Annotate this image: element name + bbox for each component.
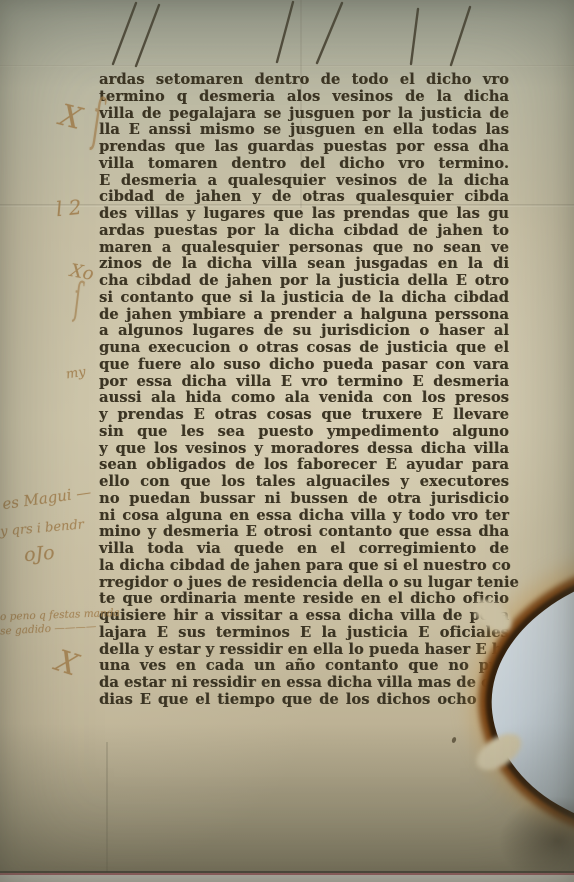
margin-note: my (65, 365, 87, 383)
text-line: que fuere alo suso dicho pueda pasar con… (99, 357, 509, 374)
text-line: guna execucion o otras cosas de justicia… (99, 340, 509, 357)
text-line: a algunos lugares de su jurisdicion o ha… (99, 323, 509, 340)
text-line: no puedan bussar ni bussen de otra juris… (99, 491, 509, 508)
margin-cursive-note: se gadido ———— (0, 620, 97, 637)
text-line: rregidor o jues de residencia della o su… (99, 575, 509, 592)
text-line: quisiere hir a vissitar a essa dicha vil… (99, 608, 509, 625)
text-line: termino q desmeria alos vesinos de la di… (99, 89, 509, 106)
text-line: aussi ala hida como ala venida con los p… (99, 390, 509, 407)
text-line: della y estar y ressidir en ella lo pued… (99, 642, 509, 659)
text-line: sin que les sea puesto ympedimento algun… (99, 424, 509, 441)
text-line: ardas puestas por la dicha cibdad de jah… (99, 223, 509, 240)
text-line: sean obligados de los faborecer E ayudar… (99, 457, 509, 474)
text-line: y que los vesinos y moradores dessa dich… (99, 441, 509, 458)
text-line: la dicha cibdad de jahen para que si el … (99, 558, 509, 575)
margin-x-mark: X (56, 98, 85, 137)
burn-edge-irregularity (470, 726, 527, 777)
text-line: prendas que las guardas puestas por essa… (99, 139, 509, 156)
text-line: ardas setomaren dentro de todo el dicho … (99, 72, 509, 89)
text-line: cha cibdad de jahen por la justicia dell… (99, 273, 509, 290)
text-line: te que ordinaria mente reside en el dich… (99, 591, 509, 608)
text-line: mino y desmeria E otrosi contanto que es… (99, 524, 509, 541)
photo-white-border (0, 875, 574, 882)
text-line: maren a qualesquier personas que no sean… (99, 240, 509, 257)
text-line: des villas y lugares que las prendas que… (99, 206, 509, 223)
vertical-fold-crease (106, 742, 108, 872)
text-line: dias E que el tiempo que de los dichos o… (99, 692, 509, 709)
text-line: lajara E sus terminos E la justicia E of… (99, 625, 509, 642)
text-line: villa toda via quede en el corregimiento… (99, 541, 509, 558)
text-line: cibdad de jahen y de otras qualesquier c… (99, 189, 509, 206)
text-line: villa tomaren dentro del dicho vro termi… (99, 156, 509, 173)
text-line: lla E anssi mismo se jusguen en ella tod… (99, 122, 509, 139)
margin-ojo-note: oJo (23, 542, 55, 567)
text-line: si contanto que si la justicia de la dic… (99, 290, 509, 307)
text-line: zinos de la dicha villa sean jusgadas en… (99, 256, 509, 273)
manuscript-text-block: ardas setomaren dentro de todo el dicho … (99, 72, 509, 709)
text-line: de jahen ymbiare a prender a halguna per… (99, 307, 509, 324)
text-line: una ves en cada un año contanto que no p… (99, 658, 509, 675)
margin-x-mark: X (51, 644, 82, 684)
text-line: por essa dicha villa E vro termino E des… (99, 374, 509, 391)
text-line: E desmeria a qualesquier vesinos de la d… (99, 173, 509, 190)
text-line: villa de pegalajara se jusguen por la ju… (99, 106, 509, 123)
text-line: y prendas E otras cosas que truxere E ll… (99, 407, 509, 424)
corner-shadow (498, 796, 574, 882)
manuscript-photo: ardas setomaren dentro de todo el dicho … (0, 0, 574, 882)
margin-flourish: ſ (73, 271, 82, 325)
margin-cursive-note: es Magui — (1, 483, 92, 513)
text-line: da estar ni ressidir en essa dicha villa… (99, 675, 509, 692)
text-line: ni cosa alguna en essa dicha villa y tod… (99, 508, 509, 525)
cancellation-slash-marks (0, 0, 574, 72)
margin-cursive-note: y qrs i bendr (0, 517, 85, 539)
text-line: ello con que los tales alguaciles y exec… (99, 474, 509, 491)
margin-note: l 2 (55, 195, 83, 222)
ink-speck (451, 736, 457, 743)
